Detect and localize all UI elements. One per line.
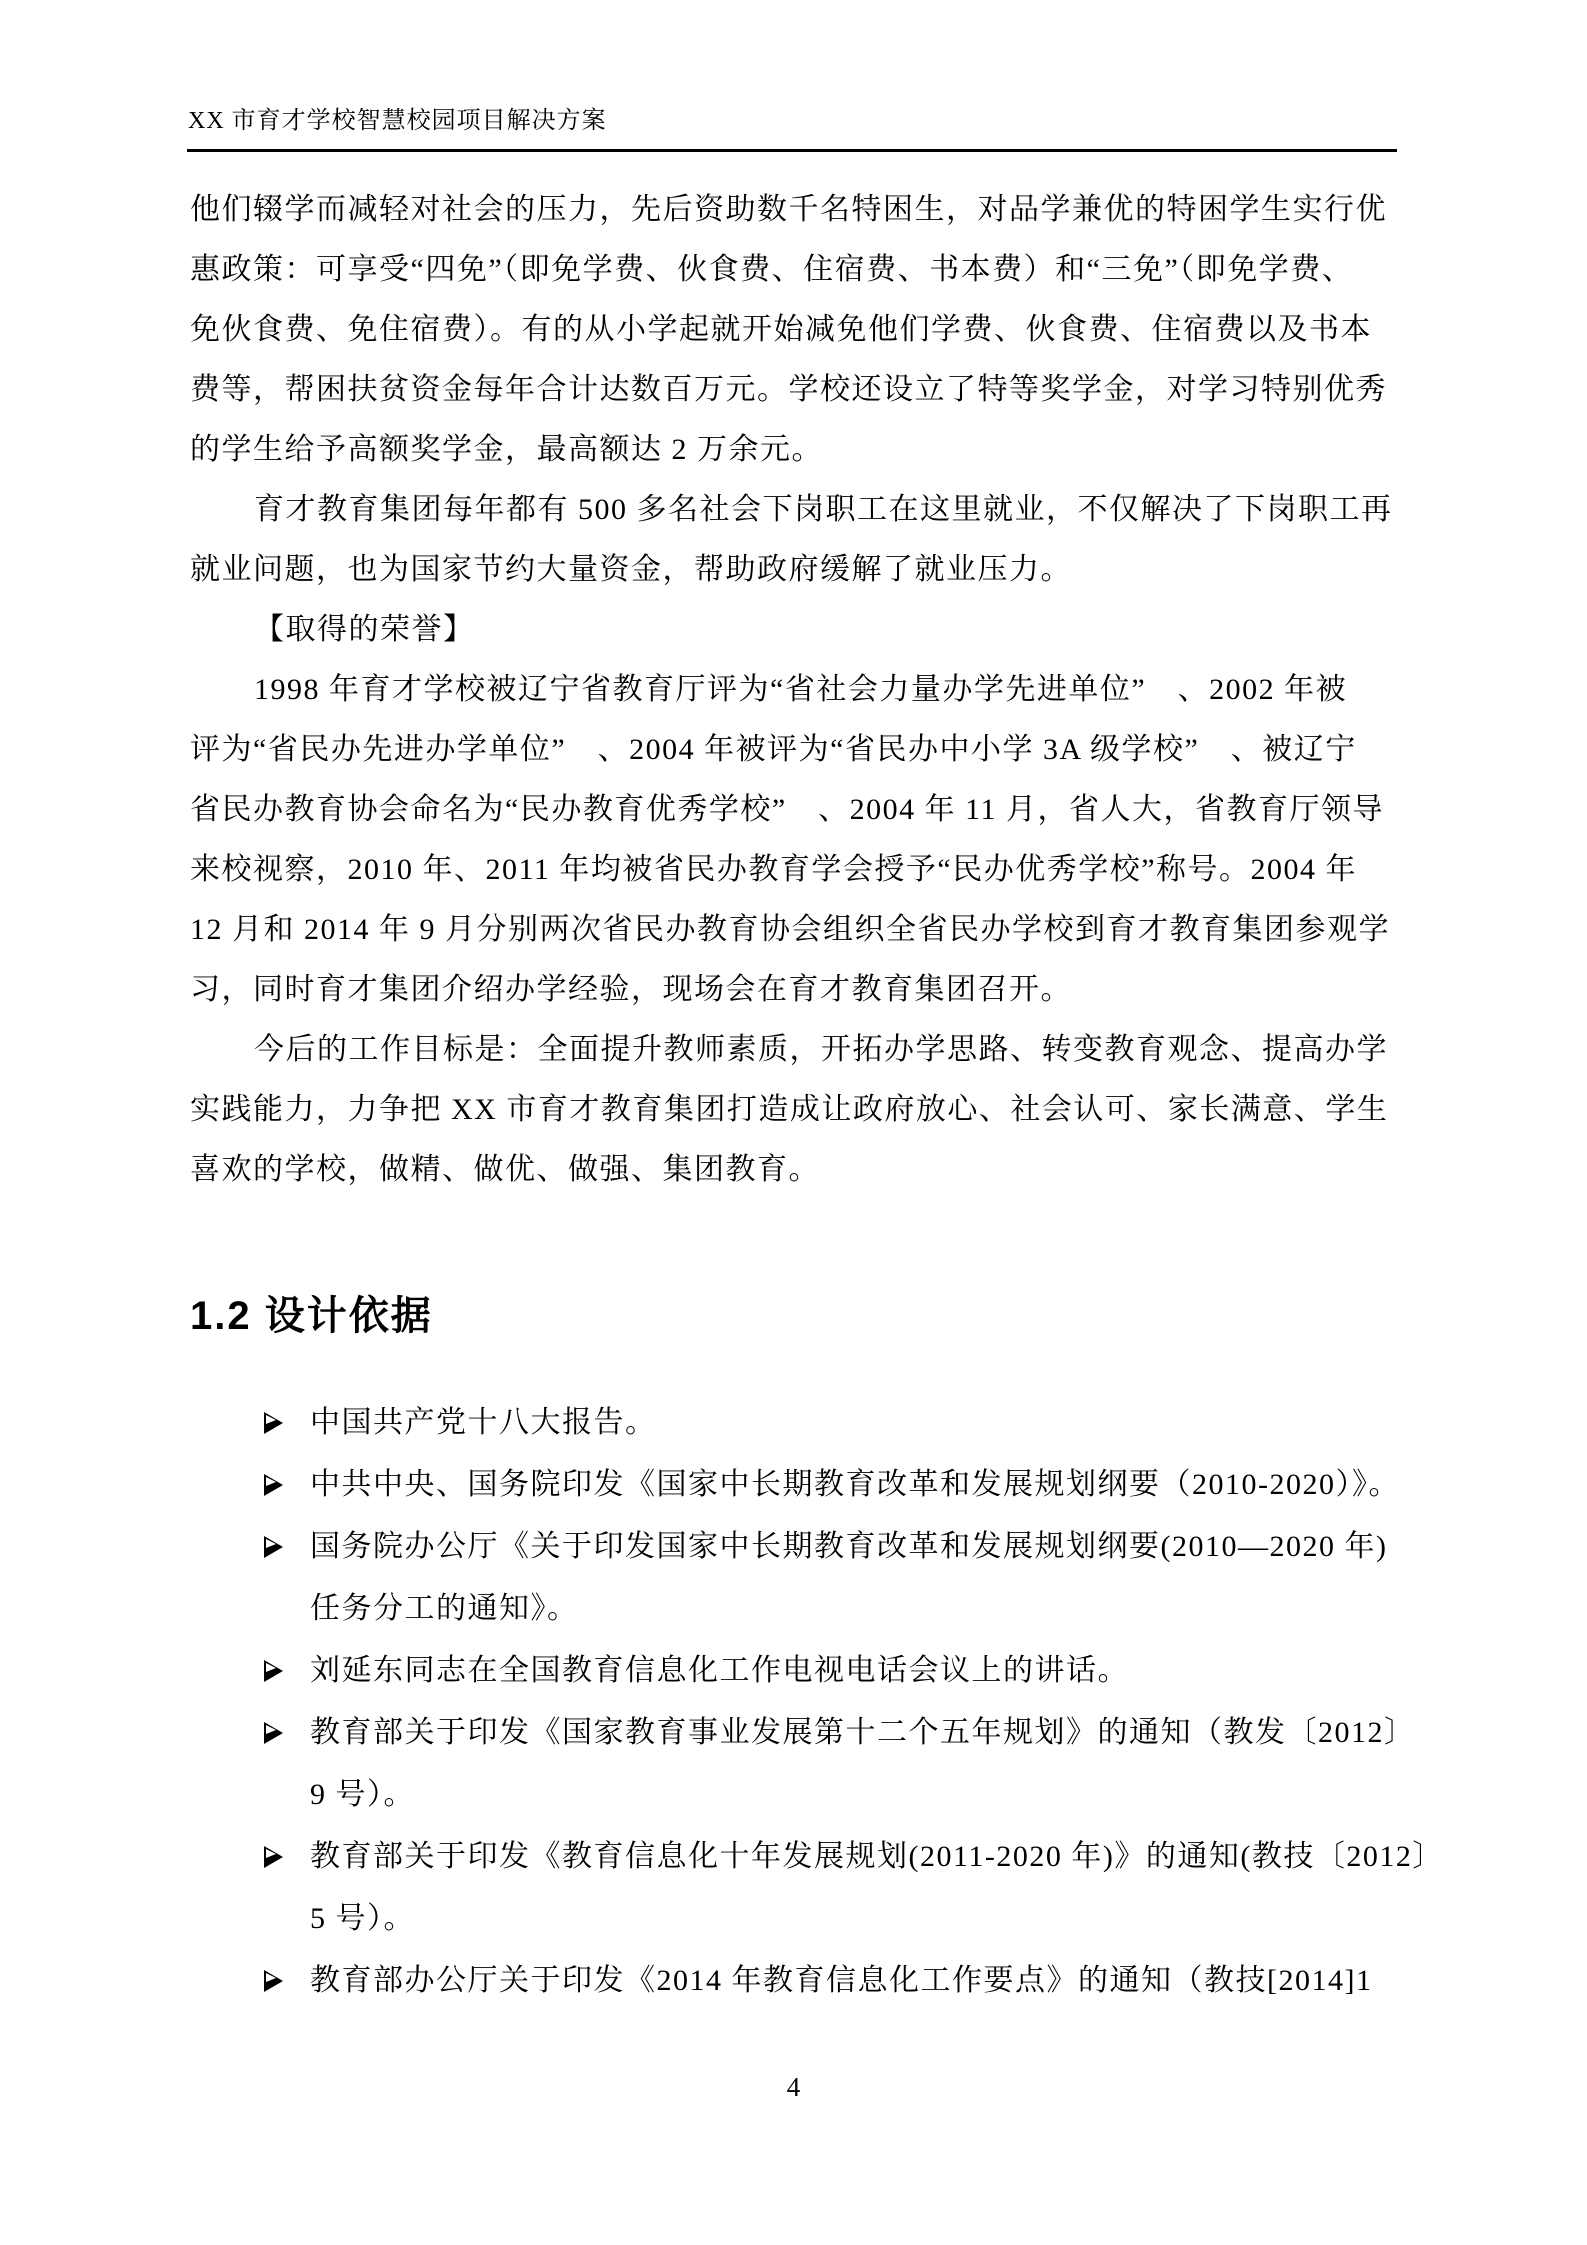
paragraph-line: 的学生给予高额奖学金，最高额达 2 万余元。 bbox=[190, 420, 1398, 480]
list-item: 刘延东同志在全国教育信息化工作电视电话会议上的讲话。 bbox=[190, 1640, 1398, 1702]
list-item-line: 5 号）。 bbox=[310, 1902, 415, 1935]
paragraph-block: 他们辍学而减轻对社会的压力，先后资助数千名特困生，对品学兼优的特困学生实行优惠政… bbox=[190, 180, 1398, 1200]
list-bullet-icon bbox=[264, 1536, 283, 1558]
paragraph-line: 惠政策：可享受“四免”（即免学费、伙食费、住宿费、书本费）和“三免”（即免学费、 bbox=[190, 240, 1398, 300]
list-bullet-icon bbox=[264, 1412, 283, 1434]
list-item: 中共中央、国务院印发《国家中长期教育改革和发展规划纲要（2010-2020）》。 bbox=[190, 1454, 1398, 1516]
paragraph-line: 12 月和 2014 年 9 月分别两次省民办教育协会组织全省民办学校到育才教育… bbox=[190, 900, 1398, 960]
list-bullet-icon bbox=[264, 1970, 283, 1992]
list-item-line: 刘延东同志在全国教育信息化工作电视电话会议上的讲话。 bbox=[310, 1654, 1129, 1687]
header-title: XX 市育才学校智慧校园项目解决方案 bbox=[188, 100, 607, 135]
paragraph-line: 1998 年育才学校被辽宁省教育厅评为“省社会力量办学先进单位” 、2002 年… bbox=[190, 660, 1398, 720]
list-item-line: 教育部关于印发《国家教育事业发展第十二个五年规划》的通知（教发〔2012〕 bbox=[310, 1716, 1416, 1749]
paragraph-line: 他们辍学而减轻对社会的压力，先后资助数千名特困生，对品学兼优的特困学生实行优 bbox=[190, 180, 1398, 240]
list-item: 中国共产党十八大报告。 bbox=[190, 1392, 1398, 1454]
list-item-line: 国务院办公厅《关于印发国家中长期教育改革和发展规划纲要(2010—2020 年) bbox=[310, 1530, 1387, 1563]
paragraph-line: 就业问题，也为国家节约大量资金，帮助政府缓解了就业压力。 bbox=[190, 540, 1398, 600]
list-bullet-icon bbox=[264, 1660, 283, 1682]
paragraph-line: 实践能力，力争把 XX 市育才教育集团打造成让政府放心、社会认可、家长满意、学生 bbox=[190, 1080, 1398, 1140]
paragraph-line: 喜欢的学校，做精、做优、做强、集团教育。 bbox=[190, 1140, 1398, 1200]
paragraph-line: 【取得的荣誉】 bbox=[190, 600, 1398, 660]
paragraph-line: 评为“省民办先进办学单位” 、2004 年被评为“省民办中小学 3A 级学校” … bbox=[190, 720, 1398, 780]
document-body: 他们辍学而减轻对社会的压力，先后资助数千名特困生，对品学兼优的特困学生实行优惠政… bbox=[190, 180, 1398, 2012]
list-item-continuation: 任务分工的通知》。 bbox=[190, 1578, 1398, 1640]
list-item-continuation: 9 号）。 bbox=[190, 1764, 1398, 1826]
list-item: 教育部关于印发《教育信息化十年发展规划(2011-2020 年)》的通知(教技〔… bbox=[190, 1826, 1398, 1888]
list-item-continuation: 5 号）。 bbox=[190, 1888, 1398, 1950]
reference-list: 中国共产党十八大报告。中共中央、国务院印发《国家中长期教育改革和发展规划纲要（2… bbox=[190, 1392, 1398, 2012]
list-item-line: 教育部办公厅关于印发《2014 年教育信息化工作要点》的通知（教技[2014]1 bbox=[310, 1964, 1372, 1997]
list-item: 教育部办公厅关于印发《2014 年教育信息化工作要点》的通知（教技[2014]1 bbox=[190, 1950, 1398, 2012]
list-item: 国务院办公厅《关于印发国家中长期教育改革和发展规划纲要(2010—2020 年) bbox=[190, 1516, 1398, 1578]
list-bullet-icon bbox=[264, 1474, 283, 1496]
list-bullet-icon bbox=[264, 1846, 283, 1868]
list-item-line: 任务分工的通知》。 bbox=[310, 1592, 579, 1625]
paragraph-line: 免伙食费、免住宿费）。有的从小学起就开始减免他们学费、伙食费、住宿费以及书本 bbox=[190, 300, 1398, 360]
paragraph-line: 费等，帮困扶贫资金每年合计达数百万元。学校还设立了特等奖学金，对学习特别优秀 bbox=[190, 360, 1398, 420]
paragraph-line: 来校视察，2010 年、2011 年均被省民办教育学会授予“民办优秀学校”称号。… bbox=[190, 840, 1398, 900]
list-bullet-icon bbox=[264, 1722, 283, 1744]
document-page: XX 市育才学校智慧校园项目解决方案 他们辍学而减轻对社会的压力，先后资助数千名… bbox=[0, 0, 1587, 2245]
paragraph-line: 今后的工作目标是：全面提升教师素质，开拓办学思路、转变教育观念、提高办学 bbox=[190, 1020, 1398, 1080]
list-item-line: 教育部关于印发《教育信息化十年发展规划(2011-2020 年)》的通知(教技〔… bbox=[310, 1840, 1444, 1873]
list-item: 教育部关于印发《国家教育事业发展第十二个五年规划》的通知（教发〔2012〕 bbox=[190, 1702, 1398, 1764]
header-rule bbox=[187, 149, 1397, 152]
footer-page-number: 4 bbox=[0, 2072, 1587, 2103]
paragraph-line: 省民办教育协会命名为“民办教育优秀学校” 、2004 年 11 月，省人大，省教… bbox=[190, 780, 1398, 840]
list-item-line: 9 号）。 bbox=[310, 1778, 415, 1811]
section-heading: 1.2 设计依据 bbox=[190, 1288, 1398, 1344]
paragraph-line: 育才教育集团每年都有 500 多名社会下岗职工在这里就业，不仅解决了下岗职工再 bbox=[190, 480, 1398, 540]
list-item-line: 中国共产党十八大报告。 bbox=[310, 1406, 657, 1439]
paragraph-line: 习，同时育才集团介绍办学经验，现场会在育才教育集团召开。 bbox=[190, 960, 1398, 1020]
list-item-line: 中共中央、国务院印发《国家中长期教育改革和发展规划纲要（2010-2020）》。 bbox=[310, 1468, 1400, 1501]
